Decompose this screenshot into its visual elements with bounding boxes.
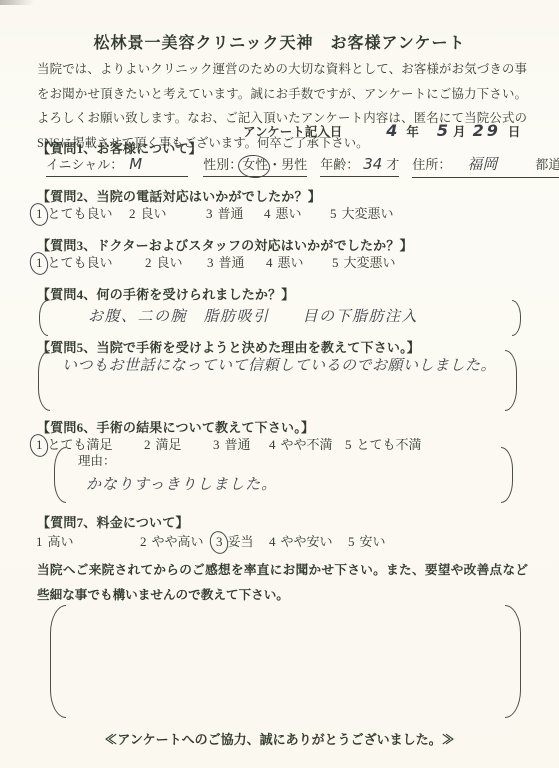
q2-option-5-number: 5 xyxy=(330,206,337,222)
left-bracket xyxy=(54,447,66,503)
q7-option-4: 4やや安い xyxy=(269,531,348,550)
page-title: 松林景一美容クリニック天神 お客様アンケート xyxy=(0,30,559,53)
q7-option-5: 5安い xyxy=(348,531,386,550)
date-year-unit: 年 xyxy=(406,122,419,140)
q3-option-2-label: 良い xyxy=(157,252,183,271)
q2-option-5: 5大変悪い xyxy=(330,203,394,222)
survey-date-row: アンケート記入日 4 年 5 月 29 日 xyxy=(243,121,520,140)
q7-option-4-number: 4 xyxy=(269,534,276,550)
q2-option-4: 4悪い xyxy=(264,203,330,222)
q3-option-1-label: とても良い xyxy=(48,252,113,271)
age-label: 年齢： xyxy=(320,157,359,172)
q3-option-4-number: 4 xyxy=(266,255,273,271)
age-handwritten-value: 34 xyxy=(359,155,386,173)
q7-option-5-number: 5 xyxy=(348,534,355,550)
q3-option-4-label: 悪い xyxy=(278,252,304,271)
q2-options-row: 1とても良い 2良い 3普通 4悪い 5大変悪い xyxy=(36,203,394,222)
q6-handwritten-reason: かなりすっきりしました。 xyxy=(78,473,501,494)
q2-option-3: 3普通 xyxy=(206,203,264,222)
age-unit: 才 xyxy=(386,157,399,172)
date-month-unit: 月 xyxy=(453,122,466,140)
q3-option-3-label: 普通 xyxy=(219,252,245,271)
address-label: 住所： xyxy=(412,157,451,172)
date-day-value: 29 xyxy=(473,121,501,140)
q2-option-1-number-circled: 1 xyxy=(36,206,43,222)
left-bracket xyxy=(39,300,48,336)
q6-reason-box: 理由： かなりすっきりしました。 xyxy=(54,447,513,503)
q7-option-2: 2やや高い xyxy=(140,531,216,550)
initial-label: イニシャル： xyxy=(46,157,123,172)
q7-option-2-number: 2 xyxy=(140,534,147,550)
q2-option-2-number: 2 xyxy=(129,206,136,222)
q2-option-2: 2良い xyxy=(129,203,206,222)
q2-option-2-label: 良い xyxy=(141,203,167,222)
q7-option-1-label: 高い xyxy=(48,531,74,550)
initial-field: イニシャル：M xyxy=(46,154,188,177)
q7-options-row: 1高い 2やや高い 3妥当 4やや安い 5安い xyxy=(36,531,386,550)
comment-box xyxy=(50,605,521,718)
q2-option-1: 1とても良い xyxy=(36,203,129,222)
q3-option-3: 3普通 xyxy=(207,252,266,271)
q3-option-1-number-circled: 1 xyxy=(36,255,43,271)
gender-field: 性別：女性・男性 xyxy=(203,154,307,177)
date-day-unit: 日 xyxy=(508,122,521,140)
q7-option-3-label: 妥当 xyxy=(228,531,254,550)
right-bracket xyxy=(501,447,513,503)
thanks-message: ≪アンケートへのご協力、誠にありがとうございました。≫ xyxy=(0,729,559,748)
q7-option-5-label: 安い xyxy=(360,531,386,550)
q7-option-1-number: 1 xyxy=(36,534,43,550)
gender-label: 性別： xyxy=(203,157,242,172)
right-bracket xyxy=(505,350,517,411)
gender-separator: ・ xyxy=(268,157,281,172)
comment-handwritten-value xyxy=(66,605,505,718)
q6-reason-body: 理由： かなりすっきりしました。 xyxy=(66,447,501,503)
q3-option-2: 2良い xyxy=(145,252,207,271)
q7-option-4-label: やや安い xyxy=(281,531,333,550)
q3-options-row: 1とても良い 2良い 3普通 4悪い 5大変悪い xyxy=(36,252,396,271)
q7-option-3-number-circled: 3 xyxy=(216,534,223,550)
address-handwritten-value: 福岡 xyxy=(451,155,511,173)
q2-option-4-label: 悪い xyxy=(276,203,302,222)
q2-option-3-number: 3 xyxy=(206,206,213,222)
reason-label: 理由： xyxy=(78,454,116,468)
q2-option-3-label: 普通 xyxy=(218,203,244,222)
q4-answer-box: お腹、二の腕 脂肪吸引 目の下脂肪注入 xyxy=(39,300,521,336)
q3-option-5: 5大変悪い xyxy=(332,252,396,271)
gender-option-female: 女性 xyxy=(242,157,268,172)
q7-header: 【質問7、料金について】 xyxy=(37,512,189,531)
q5-answer-box: いつもお世話になっていて信頼しているのでお願いしました。 xyxy=(38,350,517,411)
date-label: アンケート記入日 xyxy=(243,122,342,140)
gender-option-male: 男性 xyxy=(281,157,307,172)
q3-option-5-number: 5 xyxy=(332,255,339,271)
date-year-value: 4 xyxy=(386,121,397,140)
q1-fields-row: イニシャル：M 性別：女性・男性 年齢：34才 住所：福岡都道府県 xyxy=(46,153,521,178)
right-bracket xyxy=(512,300,521,336)
q7-option-1: 1高い xyxy=(36,531,140,550)
q5-handwritten-answer: いつもお世話になっていて信頼しているのでお願いしました。 xyxy=(50,350,505,411)
q3-option-4: 4悪い xyxy=(266,252,332,271)
q3-option-5-label: 大変悪い xyxy=(344,252,396,271)
q3-option-3-number: 3 xyxy=(207,255,214,271)
q7-option-3: 3妥当 xyxy=(216,531,269,550)
q2-option-5-label: 大変悪い xyxy=(342,203,394,222)
q2-option-4-number: 4 xyxy=(264,206,271,222)
left-bracket xyxy=(50,605,66,718)
q7-option-2-label: やや高い xyxy=(152,531,204,550)
q6-option-1-number-circled: 1 xyxy=(36,437,43,453)
left-bracket xyxy=(38,350,50,411)
initial-handwritten-value: M xyxy=(123,155,188,173)
comment-request-text: 当院へご来院されてからのご感想を率直にお聞かせ下さい。また、要望や改善点など些細… xyxy=(37,558,528,607)
q2-option-1-label: とても良い xyxy=(48,203,113,222)
date-month-value: 5 xyxy=(437,121,448,140)
q4-handwritten-answer: お腹、二の腕 脂肪吸引 目の下脂肪注入 xyxy=(48,300,512,336)
age-field: 年齢：34才 xyxy=(320,154,399,177)
address-suffix: 都道府県 xyxy=(535,157,559,172)
q3-option-1: 1とても良い xyxy=(36,252,145,271)
q3-option-2-number: 2 xyxy=(145,255,152,271)
right-bracket xyxy=(505,605,521,718)
address-field: 住所：福岡都道府県 xyxy=(412,153,559,178)
survey-form-scan: 松林景一美容クリニック天神 お客様アンケート 当院では、よりよいクリニック運営の… xyxy=(0,0,559,768)
